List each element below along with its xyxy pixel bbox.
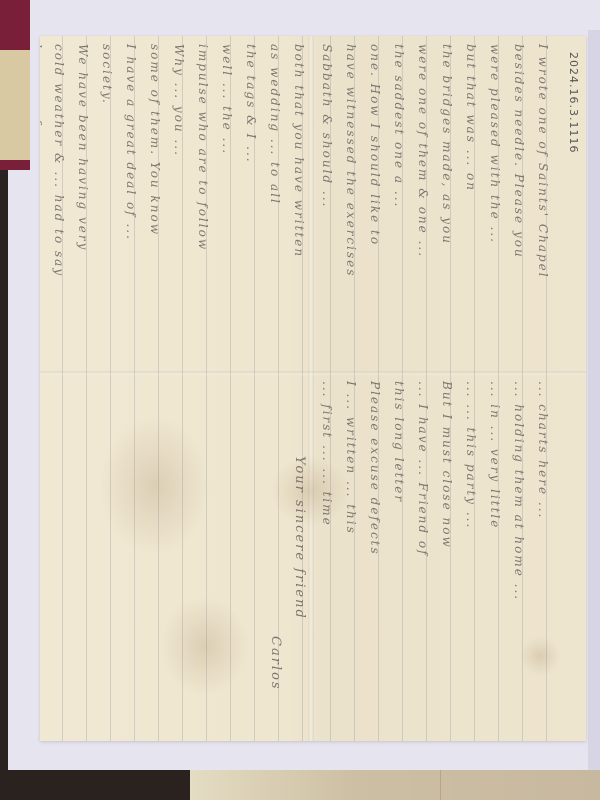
table-surface bbox=[0, 770, 190, 800]
signature: Carlos bbox=[268, 636, 283, 691]
handwriting-line: were one of them & one ... bbox=[416, 44, 430, 258]
handwriting-line: both that you have written bbox=[292, 44, 306, 258]
handwriting-line: I wrote one of Saints' Chapel bbox=[536, 44, 550, 279]
handwriting-line: the bridges made, as you bbox=[440, 44, 454, 245]
catalog-number: 2024.16.3.1116 bbox=[567, 52, 580, 153]
handwriting-line: But I must close now bbox=[440, 381, 454, 549]
handwriting-line: besides needle. Please you bbox=[512, 44, 526, 259]
mount-shadow bbox=[588, 30, 600, 770]
handwriting-line: as wedding ... to all bbox=[268, 44, 282, 205]
manila-folder bbox=[0, 50, 30, 160]
handwriting-line: impulse who are to follow bbox=[196, 44, 210, 251]
letter-sheet: 2024.16.3.1116 I wrote one of Saints' Ch… bbox=[40, 36, 586, 741]
handwriting-line: ... in ... very little bbox=[488, 381, 502, 529]
ruled-line bbox=[110, 36, 111, 741]
handwriting-line: ... charts here ... bbox=[536, 381, 550, 519]
handwriting-line: I ... written ... this bbox=[344, 381, 358, 535]
vertical-fold bbox=[308, 36, 314, 741]
water-stain bbox=[520, 636, 560, 676]
handwriting-line: some of them. You know bbox=[148, 44, 162, 236]
handwriting-line: ... first ... ... time bbox=[320, 381, 334, 527]
handwriting-line: the saddest one a ... bbox=[392, 44, 406, 208]
handwriting-line: ... holding them at home ... bbox=[512, 381, 526, 601]
handwriting-line: society. bbox=[100, 44, 114, 105]
handwriting-line: this long letter bbox=[392, 381, 406, 503]
handwriting-line: ... ... this party ... bbox=[464, 381, 478, 529]
handwriting-line: the tags & I ... bbox=[244, 44, 258, 164]
underlying-envelope bbox=[190, 770, 600, 800]
handwriting-line: but that was ... on bbox=[464, 44, 478, 192]
handwriting-line: one. How I should like to bbox=[368, 44, 382, 246]
handwriting-line: were pleased with the ... bbox=[488, 44, 502, 244]
handwriting-line: I have a great deal of ... bbox=[124, 44, 138, 241]
water-stain bbox=[100, 416, 210, 556]
water-stain bbox=[270, 456, 350, 526]
handwriting-line: Why ... you ... bbox=[172, 44, 186, 157]
handwriting-line: well ... the ... bbox=[220, 44, 234, 155]
handwriting-line: Please excuse defects bbox=[368, 381, 382, 556]
closing-line: Your sincere friend bbox=[292, 456, 307, 620]
handwriting-line: ... I have ... Friend of bbox=[416, 381, 430, 557]
handwriting-line: Sabbath & should ... bbox=[320, 44, 334, 208]
envelope-edge bbox=[440, 770, 561, 800]
water-stain bbox=[160, 596, 250, 696]
handwriting-line: have witnessed the exercises bbox=[344, 44, 358, 277]
handwriting-line: We have been having very bbox=[76, 44, 90, 251]
handwriting-line: cold weather & ... had to say bbox=[52, 44, 66, 277]
horizontal-fold bbox=[40, 371, 586, 375]
handwriting-line: have ... of a ... bbox=[40, 44, 44, 164]
